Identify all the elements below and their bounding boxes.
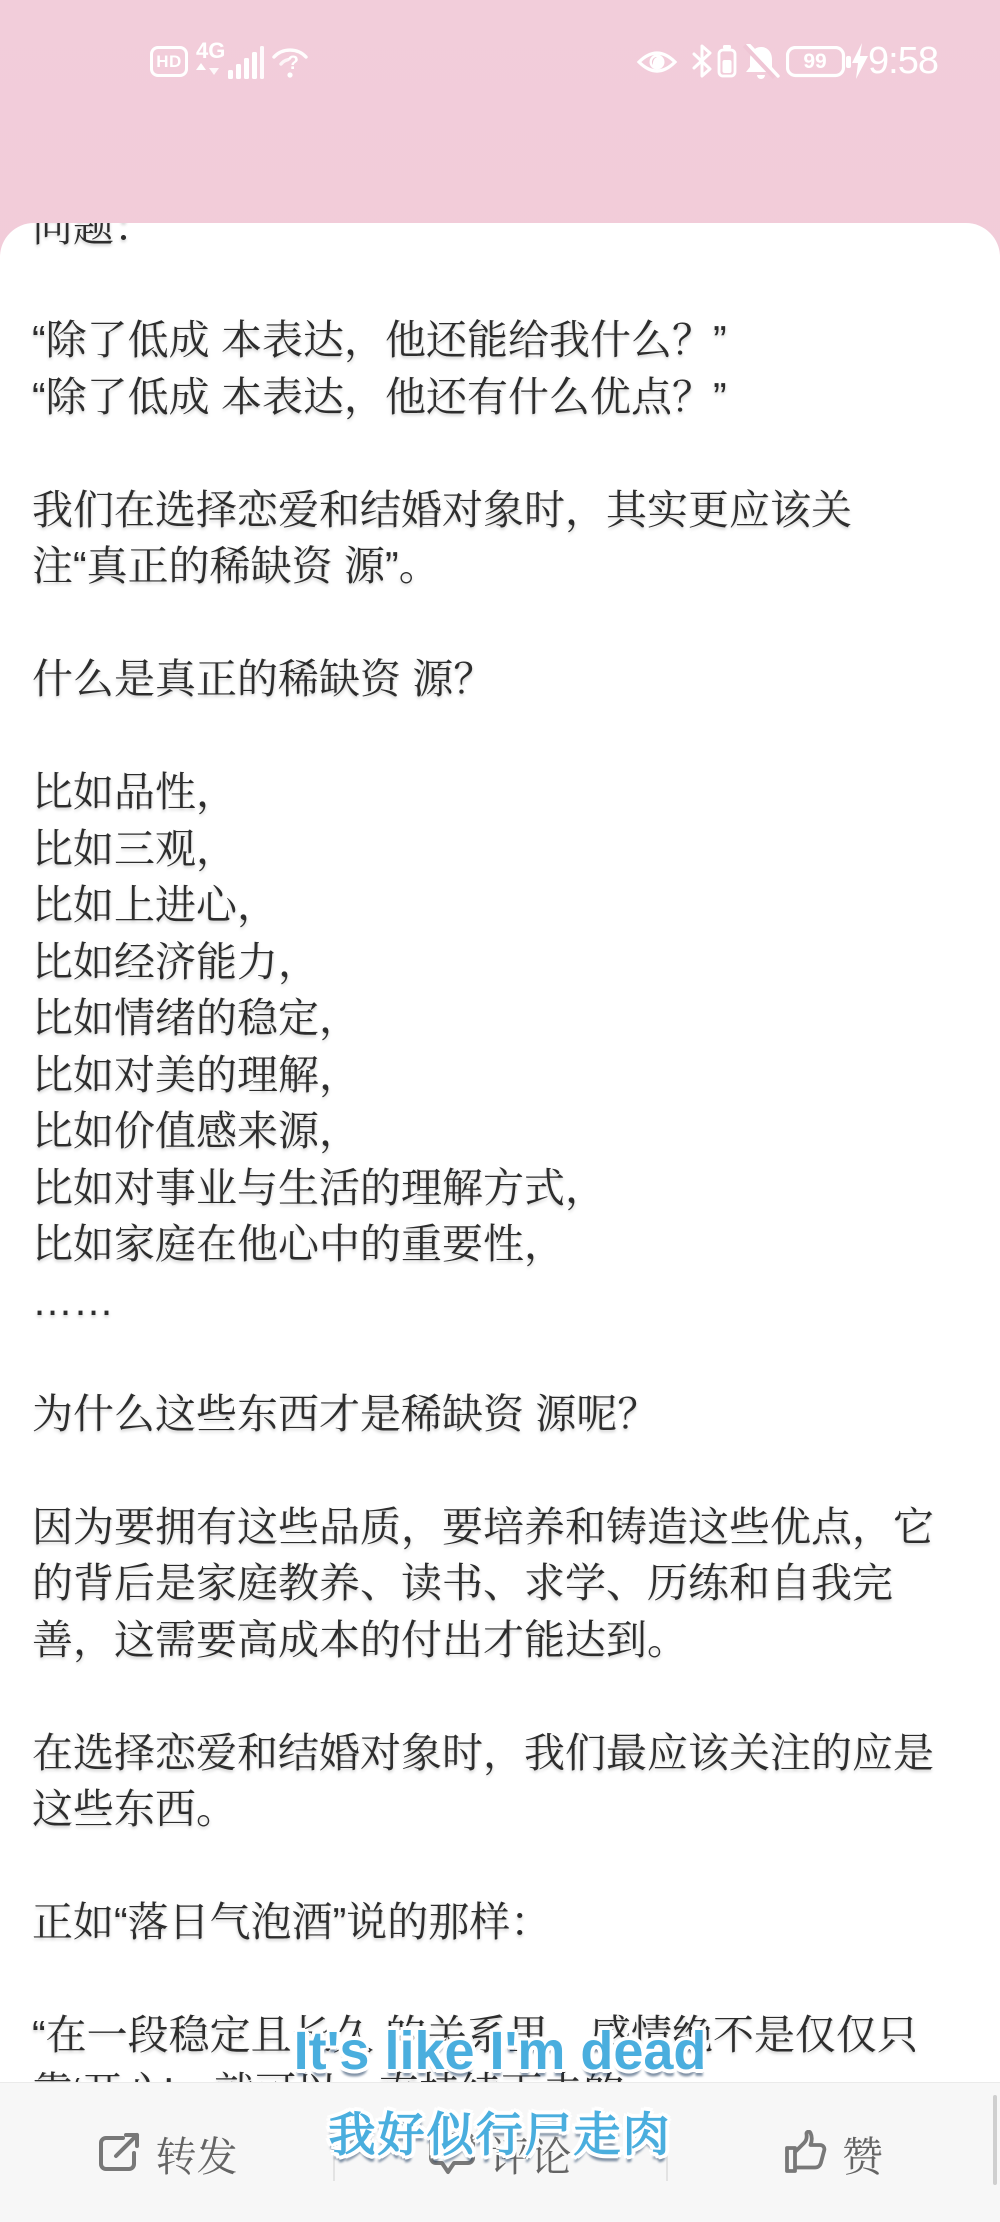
comment-button[interactable]: 评论: [333, 2083, 666, 2222]
weibo-supertopic-screen: HD 4G ?: [0, 0, 1000, 2222]
post-line: [32, 1838, 972, 1895]
post-line: ……: [32, 1273, 972, 1330]
post-line: 比如家庭在他心中的重要性，: [32, 1216, 972, 1273]
post-line: [32, 425, 972, 482]
post-line: [32, 1668, 972, 1725]
bluetooth-device-battery-icon: [716, 44, 738, 78]
post-line: 为什么这些东西才是稀缺资 源呢？: [32, 1386, 972, 1443]
status-bar: HD 4G ?: [0, 0, 1000, 100]
post-line: 比如情绪的稳定，: [32, 990, 972, 1047]
post-line: 在选择恋爱和结婚对象时，我们最应该关注的应是: [32, 1725, 972, 1782]
post-body-text: 问题： “除了低成 本表达，他还能给我什么？”“除了低成 本表达，他还有什么优点…: [0, 223, 1000, 2120]
post-line: 比如对事业与生活的理解方式，: [32, 1160, 972, 1217]
post-line: [32, 708, 972, 765]
post-line: 的背后是家庭教养、读书、求学、历练和自我完: [32, 1555, 972, 1612]
share-icon: [96, 2131, 142, 2175]
updown-arrows-icon: [196, 63, 222, 75]
eye-comfort-icon: [636, 47, 678, 77]
post-line: 因为要拥有这些品质，要培养和铸造这些优点，它: [32, 1499, 972, 1556]
comment-label: 评论: [490, 2124, 572, 2183]
battery-level: 99: [786, 46, 844, 77]
post-line: “除了低成 本表达，他还有什么优点？”: [32, 369, 972, 426]
post-line: [32, 256, 972, 313]
wifi-no-internet-icon: ?: [270, 44, 310, 78]
post-line: 什么是真正的稀缺资 源？: [32, 651, 972, 708]
network-4g-icon: 4G: [196, 40, 225, 75]
post-line: [32, 1442, 972, 1499]
like-label: 赞: [842, 2124, 883, 2183]
post-line: 比如经济能力，: [32, 934, 972, 991]
post-line: [32, 1951, 972, 2008]
thumbs-up-icon: [782, 2130, 828, 2176]
post-line: 比如对美的理解，: [32, 1047, 972, 1104]
post-line: 这些东西。: [32, 1781, 972, 1838]
hd-volte-icon: HD: [150, 46, 188, 77]
post-line: [32, 595, 972, 652]
network-type-label: 4G: [196, 40, 225, 62]
scrollbar-thumb[interactable]: [993, 2095, 997, 2185]
post-line: [32, 1329, 972, 1386]
post-line: “除了低成 本表达，他还能给我什么？”: [32, 312, 972, 369]
post-line: 比如上进心，: [32, 877, 972, 934]
post-line: 比如三观，: [32, 821, 972, 878]
bottom-action-bar: 转发 评论 赞: [0, 2082, 1000, 2222]
battery-icon: 99: [786, 46, 852, 78]
signal-strength-icon: [228, 45, 264, 79]
charging-bolt-icon: [852, 43, 868, 79]
like-button[interactable]: 赞: [666, 2083, 999, 2222]
post-line: 我们在选择恋爱和结婚对象时，其实更应该关: [32, 482, 972, 539]
share-button[interactable]: 转发: [0, 2083, 333, 2222]
supertopic-header: 一罐甜儿超话 +关注: [0, 100, 1000, 223]
post-line: 比如价值感来源，: [32, 1103, 972, 1160]
comment-icon: [428, 2130, 476, 2176]
bluetooth-icon: [690, 44, 714, 78]
share-label: 转发: [156, 2124, 238, 2183]
post-line: 注“真正的稀缺资 源”。: [32, 538, 972, 595]
post-line: 问题：: [32, 223, 972, 256]
mute-bell-icon: [742, 44, 780, 80]
status-time: 9:58: [868, 40, 938, 83]
post-line: 比如品性，: [32, 764, 972, 821]
post-line: “在一段稳定且长久 的关系里，感情绝不是仅仅只: [32, 2007, 972, 2064]
post-content-card[interactable]: 问题： “除了低成 本表达，他还能给我什么？”“除了低成 本表达，他还有什么优点…: [0, 223, 1000, 2222]
post-line: 正如“落日气泡酒”说的那样：: [32, 1894, 972, 1951]
svg-text:?: ?: [287, 53, 299, 74]
post-line: 善，这需要高成本的付出才能达到。: [32, 1612, 972, 1669]
